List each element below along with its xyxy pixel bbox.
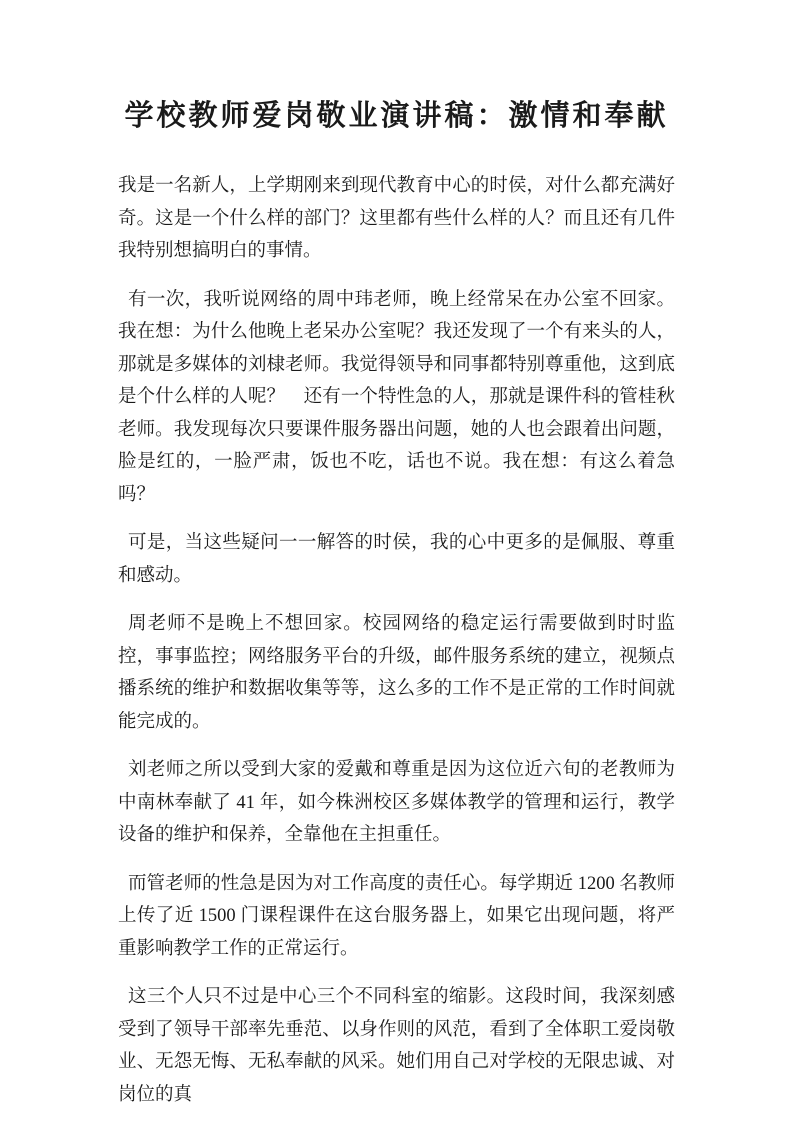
paragraph: 而管老师的性急是因为对工作高度的责任心。每学期近 1200 名教师上传了近 15…	[118, 868, 675, 966]
document-page: 学校教师爱岗敬业演讲稿：激情和奉献 我是一名新人，上学期刚来到现代教育中心的时侯…	[0, 0, 793, 1122]
paragraph: 有一次，我听说网络的周中玮老师，晚上经常呆在办公室不回家。我在想：为什么他晚上老…	[118, 284, 675, 512]
paragraph: 这三个人只不过是中心三个不同科室的缩影。这段时间，我深刻感受到了领导干部率先垂范…	[118, 981, 675, 1111]
document-title: 学校教师爱岗敬业演讲稿：激情和奉献	[118, 96, 675, 136]
paragraph: 可是，当这些疑问一一解答的时侯，我的心中更多的是佩服、尊重和感动。	[118, 527, 675, 592]
paragraph: 我是一名新人，上学期刚来到现代教育中心的时侯，对什么都充满好奇。这是一个什么样的…	[118, 170, 675, 268]
paragraph: 周老师不是晚上不想回家。校园网络的稳定运行需要做到时时监控，事事监控；网络服务平…	[118, 608, 675, 738]
paragraph: 刘老师之所以受到大家的爱戴和尊重是因为这位近六旬的老教师为中南林奉献了 41 年…	[118, 754, 675, 852]
